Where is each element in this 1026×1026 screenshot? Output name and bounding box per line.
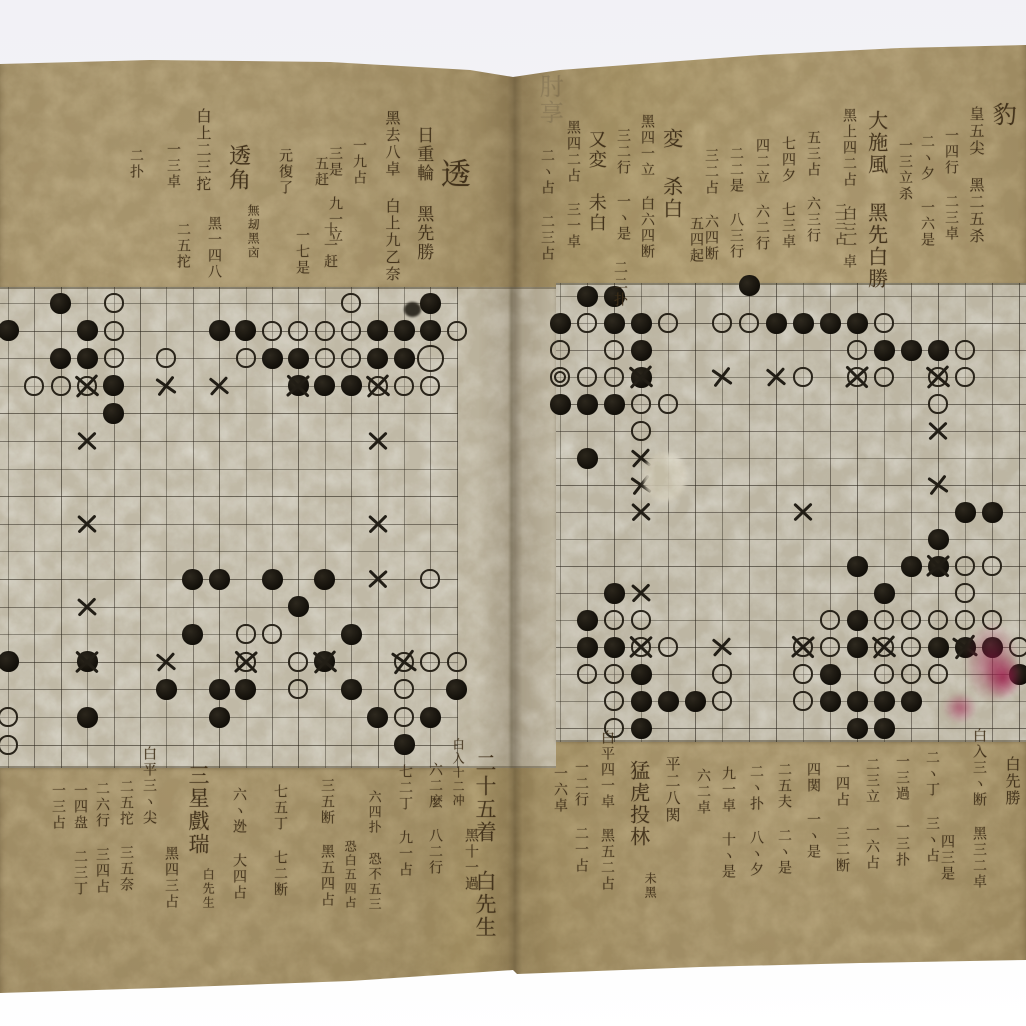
stone-black [955,502,976,523]
stone-white [604,691,624,711]
x-mark [709,364,735,390]
text-column: 一七是 [294,228,309,276]
x-mark [365,511,390,536]
stone-white [793,367,813,387]
stone-black [50,348,71,369]
stone-black [577,637,598,658]
correction-patch [644,453,686,501]
stone-black [420,293,441,314]
stone-black [0,320,19,341]
stone-white [420,376,440,396]
stone-white [955,583,975,603]
stone-white [447,652,467,672]
stone-white [874,610,894,630]
stone-white [51,376,71,396]
text-column: 五赶 [313,156,328,188]
x-mark [282,370,315,403]
text-column: 一九占 [351,138,366,186]
stone-black [262,569,283,590]
x-mark [923,362,953,392]
x-mark [75,511,100,536]
stone-black [901,556,922,577]
stone-white [982,556,1002,576]
stone-black [103,375,124,396]
stone-black [901,340,922,361]
manuscript-photo: 透日重輪 黑先勝黑去八卓 白上九乙奈一九占三是 九一立五赶十一赶元復了一七是透角… [0,0,1026,1026]
stone-black [235,679,256,700]
text-column: 四二立 六二行 [754,138,769,252]
x-mark [626,362,656,392]
x-mark [363,371,393,401]
text-column: 白先勝 [1004,756,1020,807]
stone-white [236,348,256,368]
text-column: 透角 [226,144,249,192]
text-column: 六二麼 八二行 [427,762,442,876]
stone-black [420,320,441,341]
grid-hline [556,323,1026,324]
book-fold [478,0,552,1026]
stone-black [367,707,388,728]
x-mark [925,472,951,498]
text-column: 白平三ヽ尖 [141,746,156,826]
stone-white [712,691,732,711]
stone-black [156,679,177,700]
x-mark [790,499,815,524]
stone-white [955,367,975,387]
text-column: 無刼黑㐫 [247,204,260,260]
stone-white [658,637,678,657]
grid-hline [0,413,458,414]
text-column: 一三卓 [165,142,180,190]
stone-black [982,502,1003,523]
stone-black [928,637,949,658]
x-mark [310,647,340,677]
text-column: 二ヽ夕 一六是 [919,134,934,248]
text-column: 猛虎投林 [628,760,649,848]
text-column: 白入三ヽ断 黑三二卓 [971,728,986,890]
red-ink-stain-blob [978,648,1026,706]
text-column: 一三占 [50,783,65,831]
text-column: 五四起 [688,216,703,264]
stone-white [712,313,732,333]
text-column: 七五丁 七二断 [272,784,287,898]
text-column: 未黑 [644,872,657,900]
stone-white [955,340,975,360]
stone-black [394,320,415,341]
text-column: 二二扑 [612,260,627,308]
text-column: 大施風 黑先白勝 [866,110,887,290]
stone-white [236,624,256,644]
stone-black [820,664,841,685]
stone-black [550,313,571,334]
stone-white [0,707,18,727]
text-column: 白先生 [202,868,215,910]
stone-black [314,569,335,590]
stone-white [874,367,894,387]
text-column: 九一卓 十ヽ是 [720,766,735,880]
stone-black [631,664,652,685]
stone-black [341,679,362,700]
text-column: 七四夕 七三卓 [780,136,795,250]
stone-black [604,313,625,334]
stone-black [77,707,98,728]
grid-hline [0,634,458,635]
grid-hline [0,607,458,608]
x-mark [71,646,103,678]
text-column: 黑四一立 白六四断 [639,114,654,260]
stone-white [928,610,948,630]
text-column: 黑去八卓 白上九乙奈 [384,110,400,283]
stone-white [631,421,651,441]
stone-black [341,375,362,396]
stone-black [235,320,256,341]
stone-black [847,556,868,577]
stone-black [739,275,760,296]
text-column: 皇五尖 黑二五杀 [968,106,984,245]
text-column: 又変 未白 [586,130,605,233]
text-column: 二三立 一六占 [864,757,879,871]
x-mark [153,373,179,399]
x-mark [925,418,950,443]
text-column: 一四盘 二三丁 [72,783,87,897]
stone-white [447,321,467,341]
text-column: 二五拕 三五奈 [118,779,133,893]
text-column: 二六行 三四占 [94,781,109,895]
x-mark [787,631,820,664]
x-mark [629,500,654,525]
stone-white [739,313,759,333]
x-mark [154,650,178,674]
x-mark [365,428,390,453]
text-column: 三二占 六四断 [703,148,718,262]
stone-black [394,734,415,755]
stone-black [604,394,625,415]
stone-black [820,313,841,334]
stone-black [793,313,814,334]
stone-white [928,394,948,414]
stone-white [550,340,570,360]
stone-black [209,679,230,700]
stone-black [928,529,949,550]
text-column: 豹 [989,102,1014,128]
stone-white [604,664,624,684]
grid-hline [556,404,1026,405]
text-column: 六ヽ迯 大四占 [231,787,246,901]
grid-hline [556,485,1026,486]
text-column: 黑四二占 三一卓 [565,120,580,250]
stone-white [820,610,840,630]
text-column: 七二丁 九一占 [397,764,412,878]
stone-white [631,394,651,414]
text-column: 黑十一過 [463,828,478,892]
text-column: 黑一四八 [206,216,221,280]
grid-hline [0,469,458,470]
x-mark [75,594,99,618]
stone-black [262,348,283,369]
text-column: 白入十二冲 [452,738,465,808]
stone-black [209,569,230,590]
stone-white [631,610,651,630]
stone-white [901,610,921,630]
x-mark [629,581,653,605]
stone-white [262,321,282,341]
stone-black [209,320,230,341]
stone-white [604,340,624,360]
stone-black [182,624,203,645]
stone-white [341,293,361,313]
stone-white [420,652,440,672]
grid-hline [556,674,1026,675]
stone-black [209,707,230,728]
stone-white-double [550,367,570,387]
stone-white [604,610,624,630]
grid-hline [0,496,458,497]
stone-white [341,348,361,368]
red-ink-stain-blob [938,688,982,728]
text-column: 六四扑 恐不五三 [366,790,380,912]
stone-black [928,340,949,361]
x-mark [365,566,391,592]
stone-white [874,664,894,684]
text-column: 四三是 [939,834,954,882]
stone-white [394,707,414,727]
x-mark [922,550,955,583]
stone-white [901,664,921,684]
stone-black [288,348,309,369]
stone-black [550,394,571,415]
stone-black [874,340,895,361]
stone-white-large [417,345,444,372]
stone-black [420,707,441,728]
stone-white [658,394,678,414]
stone-black [631,691,652,712]
text-column: 恐白五四占 [344,840,357,910]
text-column: 透 [436,158,468,190]
text-column: 二三占 [832,202,846,247]
stone-white [288,652,308,672]
text-column: 三二行 一ヽ是 [615,128,630,242]
stone-black [103,403,124,424]
stone-white [24,376,44,396]
x-mark [710,635,734,659]
x-mark [388,646,421,679]
stone-black [604,637,625,658]
text-column: 元復了 [277,148,292,196]
stone-black [847,637,868,658]
text-column: 日重輪 黑先勝 [413,126,431,262]
text-column: 一三立杀 [897,138,912,202]
grid-hline [0,745,458,746]
stone-white [341,321,361,341]
x-mark [207,374,231,398]
text-column: 三五断 黑五四占 [319,778,334,908]
stone-white [658,313,678,333]
stone-white [288,321,308,341]
stone-black [577,448,598,469]
stone-black [658,691,679,712]
stone-white [394,376,414,396]
ink-blotch [404,302,421,317]
stone-black [631,313,652,334]
stone-black [77,320,98,341]
stone-white [0,735,18,755]
stone-white [604,367,624,387]
text-column: 一三過 一三扑 [894,754,909,868]
stone-white [847,340,867,360]
stone-white [874,313,894,333]
text-column: 一六卓 [552,766,567,814]
stone-black [0,651,19,672]
stone-black [874,691,895,712]
book-spread: 透日重輪 黑先勝黑去八卓 白上九乙奈一九占三是 九一立五赶十一赶元復了一七是透角… [0,0,1026,1026]
stone-black [288,596,309,617]
stone-white [104,321,124,341]
stone-white [712,664,732,684]
grid-hline [556,458,1026,459]
stone-black [182,569,203,590]
stone-white [315,321,335,341]
stone-white [793,664,813,684]
stone-white [577,664,597,684]
stone-black [631,718,652,739]
stone-black [766,313,787,334]
stone-white [820,637,840,657]
text-column: 十一赶 [322,222,337,270]
text-column: 白上二三拕 [195,108,211,193]
x-mark [75,428,100,453]
stone-white [577,367,597,387]
text-column: 白平四一卓 黑五二占 [599,730,614,892]
x-mark [72,371,102,401]
stone-black [631,340,652,361]
stone-black [77,348,98,369]
text-column: 二二是 八三行 [728,146,743,260]
x-mark [764,365,788,389]
stone-white [955,556,975,576]
stone-black [50,293,71,314]
stone-black [820,691,841,712]
stone-black [367,348,388,369]
stone-black [685,691,706,712]
stone-black [847,718,868,739]
stone-white [793,691,813,711]
stone-black [847,691,868,712]
stone-black [847,313,868,334]
text-column: 六二卓 [695,768,710,816]
text-column: 二五拕 [175,222,190,270]
text-column: 変 杀白 [661,128,682,220]
stone-white [262,624,282,644]
text-column: 二ヽ扑 八ヽ夕 [748,764,763,878]
grid-hline [0,551,458,552]
text-column: 一二行 二一占 [573,760,588,874]
stone-black [341,624,362,645]
text-column: 二五夫 二ヽ是 [776,762,791,876]
text-column: 一四占 三二断 [834,760,849,874]
text-column: 黑四三占 [163,846,178,910]
stone-black [901,691,922,712]
text-column: 三星戲瑞 [187,764,209,856]
text-column: 四関 一ヽ是 [805,762,820,860]
text-column: 平二八関 [664,756,680,824]
stone-white [901,637,921,657]
grid-hline [556,728,1026,729]
stone-white [104,293,124,313]
x-mark [869,632,899,662]
stone-black [847,610,868,631]
stone-black [577,286,598,307]
text-column: 五三占 六三行 [805,130,820,244]
x-mark [625,631,657,663]
text-column: 二扑 [128,148,143,180]
stone-white [577,313,597,333]
stone-white [315,348,335,368]
stone-black [874,718,895,739]
stone-black [577,394,598,415]
stone-black [604,583,625,604]
text-column: 一四行 二三卓 [943,128,958,242]
x-mark [841,361,874,394]
stone-black [367,320,388,341]
stone-black [394,348,415,369]
stone-white [104,348,124,368]
stone-white [928,664,948,684]
x-mark [229,646,262,679]
stone-black [446,679,467,700]
stone-black [577,610,598,631]
grid-hline [556,539,1026,540]
stone-black [874,583,895,604]
grid-hline [556,431,1026,432]
text-column: 二ヽ丁 三ヽ占 [924,750,939,864]
